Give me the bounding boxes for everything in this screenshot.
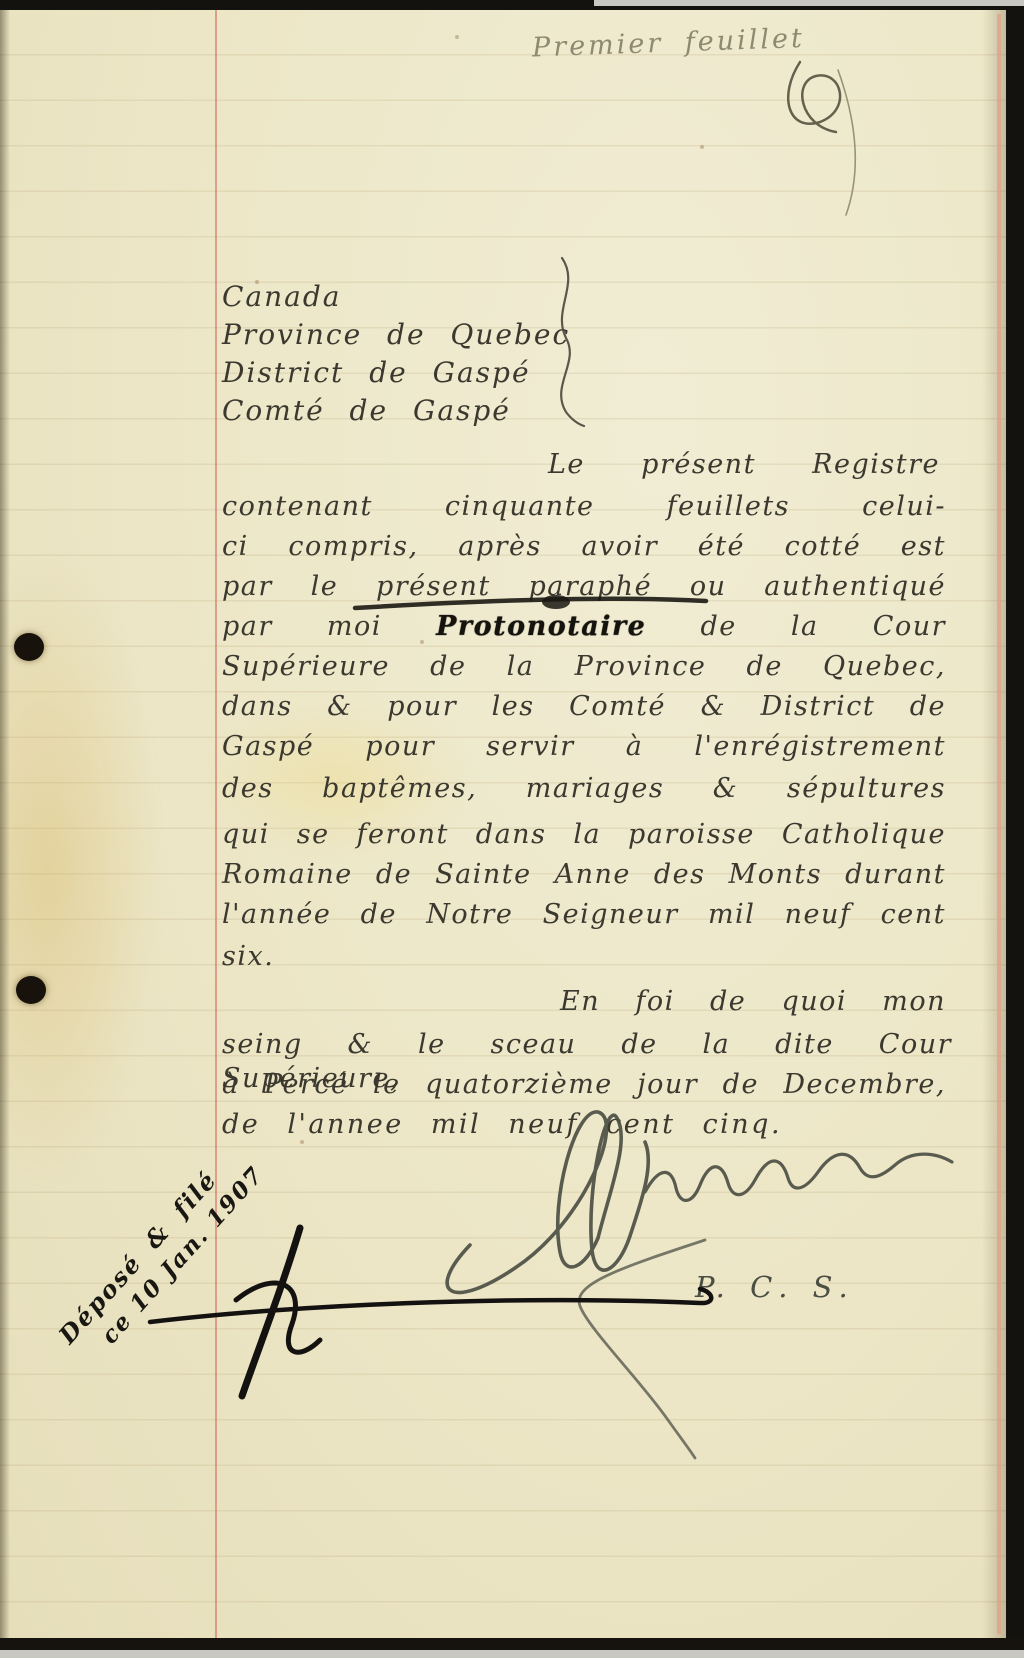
body-text: par moi (222, 611, 436, 642)
left-edge-shadow (0, 10, 10, 1642)
body-line: Supérieure de la Province de Quebec, (222, 650, 946, 684)
body-line: de l'annee mil neuf cent cinq. (222, 1108, 782, 1142)
binder-hole-top (14, 633, 44, 661)
body-line: Le présent Registre (548, 448, 940, 482)
signature-title: P. C. S. (695, 1270, 855, 1304)
body-line: l'année de Notre Seigneur mil neuf cent (222, 898, 946, 932)
binder-hole-bottom (16, 976, 46, 1004)
body-line: qui se feront dans la paroisse Catholiqu… (222, 818, 946, 852)
heading-line-district: District de Gaspé (222, 356, 531, 389)
overwritten-word: Protonotaire (436, 611, 646, 642)
body-line: dans & pour les Comté & District de (222, 690, 946, 724)
scanner-background-top (594, 0, 1024, 6)
page-edge-tint (997, 14, 1001, 1634)
body-line-protonotaire: par moi Protonotaire de la Cour (222, 610, 946, 644)
paper-speck (455, 35, 459, 39)
scanner-background-bottom (0, 1650, 1024, 1658)
binding-shadow (982, 10, 1006, 1642)
body-line: Romaine de Sainte Anne des Monts durant (222, 858, 946, 892)
body-line: six. (222, 940, 274, 974)
heading-line-canada: Canada (222, 280, 341, 313)
body-line: des baptêmes, mariages & sépultures (222, 772, 946, 806)
body-text: de la Cour (646, 611, 946, 642)
body-line: ci compris, après avoir été cotté est (222, 530, 946, 564)
body-line: contenant cinquante feuillets celui- (222, 490, 946, 524)
body-line: Gaspé pour servir à l'enrégistrement (222, 730, 946, 764)
paper-speck (700, 145, 704, 149)
heading-line-province: Province de Quebec (222, 318, 570, 351)
body-line: à Percé le quatorzième jour de Decembre, (222, 1068, 946, 1102)
heading-line-comte: Comté de Gaspé (222, 394, 511, 427)
red-margin-line (215, 10, 217, 1642)
body-line: par le présent paraphé ou authentiqué (222, 570, 946, 604)
body-line: En foi de quoi mon (560, 985, 946, 1019)
scanned-register-page: Premier feuillet Canada Province de Queb… (0, 0, 1024, 1658)
